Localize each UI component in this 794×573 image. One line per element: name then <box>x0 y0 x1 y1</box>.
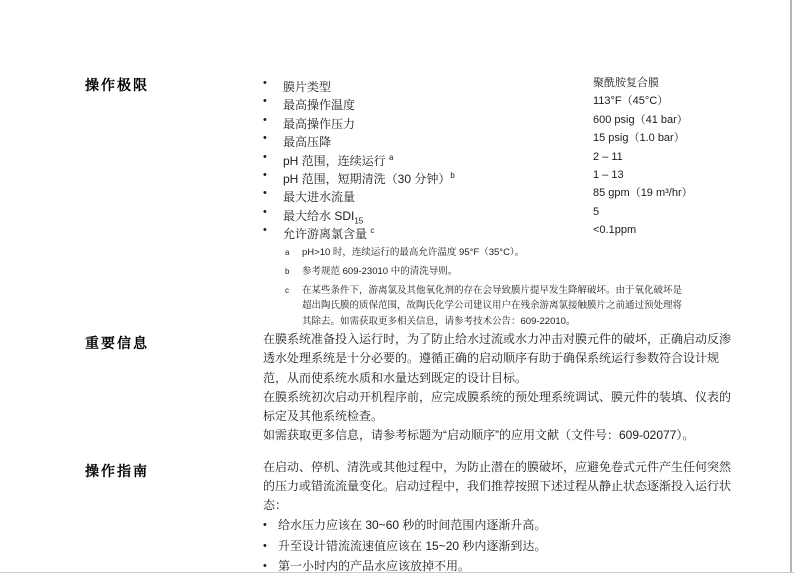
guide-step-text: 升至设计错流流速值应该在 15~20 秒内逐渐到达。 <box>278 536 546 556</box>
bullet-icon: • <box>263 76 283 91</box>
spec-row-max-temperature: • 最高操作温度 113°F（45°C） <box>263 94 763 112</box>
bullet-icon: • <box>263 113 283 128</box>
spec-value: 聚酰胺复合膜 <box>593 76 659 91</box>
spec-list: • 膜片类型 聚酰胺复合膜 • 最高操作温度 113°F（45°C） • 最高操… <box>263 72 763 329</box>
spec-row-free-chlorine: • 允许游离氯含量 c <0.1ppm <box>263 223 763 241</box>
bullet-icon: • <box>263 515 278 535</box>
section-operating-guide: 操作指南 在启动、停机、清洗或其他过程中，为防止潜在的膜破坏，应避免卷式元件产生… <box>0 458 794 573</box>
footnote-text: pH>10 时，连续运行的最高允许温度 95°F（35°C）。 <box>302 245 524 264</box>
guide-step-crossflow: • 升至设计错流流速值应该在 15~20 秒内逐渐到达。 <box>263 536 763 556</box>
section-heading-operating-limits: 操作极限 <box>85 75 149 95</box>
spec-row-ph-cleaning: • pH 范围，短期清洗（30 分钟）b 1 – 13 <box>263 168 763 186</box>
guide-step-feed-pressure: • 给水压力应该在 30~60 秒的时间范围内逐渐升高。 <box>263 515 763 535</box>
spec-value: 5 <box>593 205 599 220</box>
spec-row-max-feed-flow: • 最大进水流量 85 gpm（19 m³/hr） <box>263 186 763 204</box>
guide-step-product-water: • 第一小时内的产品水应该放掉不用。 <box>263 556 763 573</box>
bullet-icon: • <box>263 536 278 556</box>
spec-value: 1 – 13 <box>593 168 624 183</box>
spec-value: 2 – 11 <box>593 150 623 165</box>
spec-row-max-pressure: • 最高操作压力 600 psig（41 bar） <box>263 113 763 131</box>
footnote-marker: c <box>285 283 302 329</box>
guide-step-text: 给水压力应该在 30~60 秒的时间范围内逐渐升高。 <box>278 515 546 535</box>
section-heading-operating-guide: 操作指南 <box>85 461 149 481</box>
footnote-marker: a <box>285 245 302 264</box>
spec-row-max-feed-sdi: • 最大给水 SDI15 5 <box>263 205 763 223</box>
spec-row-ph-continuous: • pH 范围，连续运行 a 2 – 11 <box>263 150 763 168</box>
footnote-text: 参考规范 609-23010 中的清洗导则。 <box>302 264 457 283</box>
important-info-paragraph: 在膜系统准备投入运行时，为了防止给水过流或水力冲击对膜元件的破坏，正确启动反渗 … <box>263 330 763 446</box>
spec-row-membrane-type: • 膜片类型 聚酰胺复合膜 <box>263 76 763 94</box>
spec-value: 85 gpm（19 m³/hr） <box>593 186 693 201</box>
spec-label: 允许游离氯含量 c <box>283 223 374 246</box>
footnote-b: b 参考规范 609-23010 中的清洗导则。 <box>285 264 763 283</box>
guide-step-text: 第一小时内的产品水应该放掉不用。 <box>278 556 470 573</box>
page-right-rule <box>790 0 792 573</box>
operating-guide-intro: 在启动、停机、清洗或其他过程中，为防止潜在的膜破坏，应避免卷式元件产生任何突然 … <box>263 458 763 514</box>
section-heading-important-info: 重要信息 <box>85 333 149 353</box>
bullet-icon: • <box>263 186 283 201</box>
section-operating-limits: 操作极限 • 膜片类型 聚酰胺复合膜 • 最高操作温度 113°F（45°C） … <box>0 72 794 329</box>
spec-value: <0.1ppm <box>593 223 636 238</box>
bullet-icon: • <box>263 223 283 238</box>
bullet-icon: • <box>263 150 283 165</box>
bullet-icon: • <box>263 131 283 146</box>
spec-row-max-pressure-drop: • 最高压降 15 psig（1.0 bar） <box>263 131 763 149</box>
spec-value: 15 psig（1.0 bar） <box>593 131 685 146</box>
spec-value: 113°F（45°C） <box>593 94 668 109</box>
footnote-a: a pH>10 时，连续运行的最高允许温度 95°F（35°C）。 <box>285 245 763 264</box>
footnotes: a pH>10 时，连续运行的最高允许温度 95°F（35°C）。 b 参考规范… <box>285 245 763 329</box>
bullet-icon: • <box>263 205 283 220</box>
guide-steps: • 给水压力应该在 30~60 秒的时间范围内逐渐升高。 • 升至设计错流流速值… <box>263 515 763 573</box>
bullet-icon: • <box>263 168 283 183</box>
section-important-info: 重要信息 在膜系统准备投入运行时，为了防止给水过流或水力冲击对膜元件的破坏，正确… <box>0 330 794 446</box>
footnote-c: c 在某些条件下，游离氯及其他氧化剂的存在会导致膜片提早发生降解破坏。由于氧化破… <box>285 283 763 329</box>
footnote-marker: b <box>285 264 302 283</box>
document-page: 操作极限 • 膜片类型 聚酰胺复合膜 • 最高操作温度 113°F（45°C） … <box>0 0 794 573</box>
footnote-text: 在某些条件下，游离氯及其他氧化剂的存在会导致膜片提早发生降解破坏。由于氧化破坏是… <box>302 283 682 329</box>
spec-rows: • 膜片类型 聚酰胺复合膜 • 最高操作温度 113°F（45°C） • 最高操… <box>263 72 763 242</box>
bullet-icon: • <box>263 94 283 109</box>
spec-value: 600 psig（41 bar） <box>593 113 688 128</box>
bullet-icon: • <box>263 556 278 573</box>
